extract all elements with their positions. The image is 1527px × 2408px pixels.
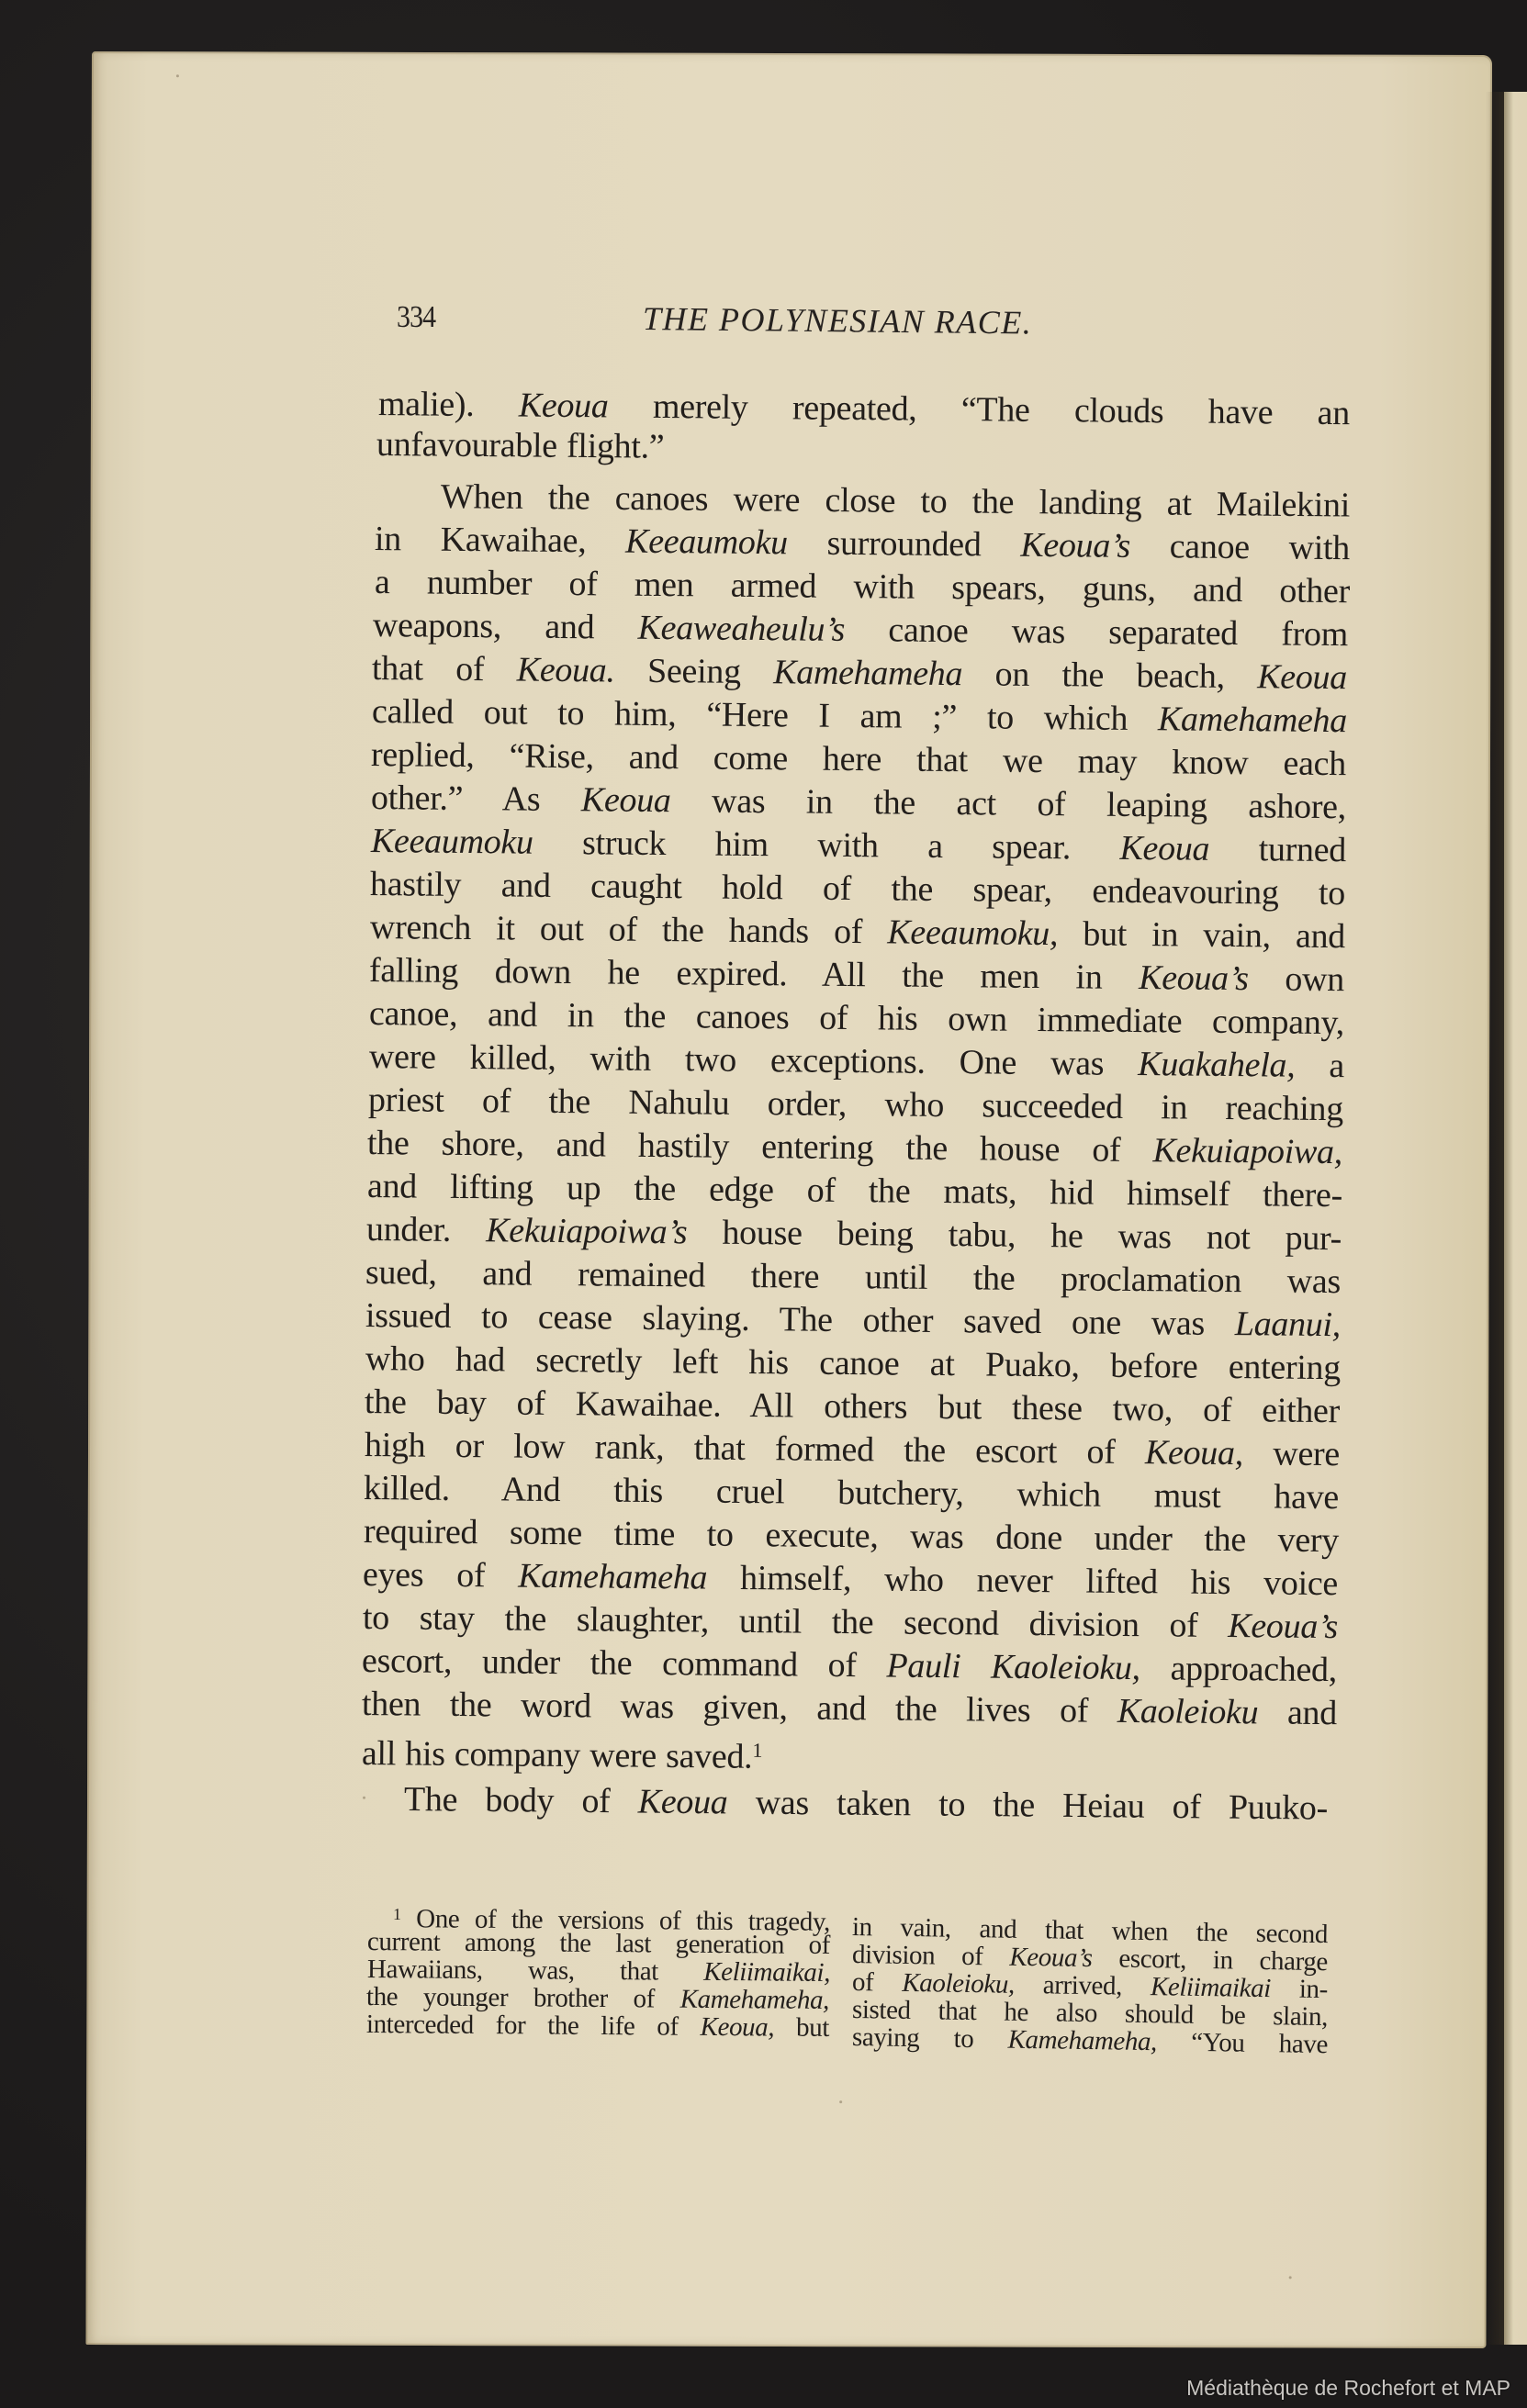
paper-speck [176, 74, 179, 77]
paper-speck [1289, 2276, 1292, 2279]
paper-speck [839, 2100, 842, 2103]
text-line: The body of Keoua was taken to the Heiau… [404, 1781, 1328, 1827]
page-number: 334 [397, 300, 435, 335]
adjacent-page-edge [1504, 92, 1527, 2345]
paper-speck [363, 1797, 365, 1799]
running-title: THE POLYNESIAN RACE. [643, 299, 1033, 342]
text-line: all his company were saved.1 [362, 1729, 762, 1775]
footnote-line: interceded for the life of Keoua, but [366, 2010, 829, 2042]
library-watermark: Médiathèque de Rochefort et MAP [1186, 2376, 1510, 2401]
running-header: 334 THE POLYNESIAN RACE. [397, 296, 1352, 342]
text-line: When the canoes were close to the landin… [441, 478, 1350, 524]
text-line: unfavourable flight.” [376, 426, 665, 465]
gutter-shadow [1486, 92, 1506, 2345]
scanned-book-page-view: 334 THE POLYNESIAN RACE. malie). Keoua m… [0, 0, 1527, 2408]
